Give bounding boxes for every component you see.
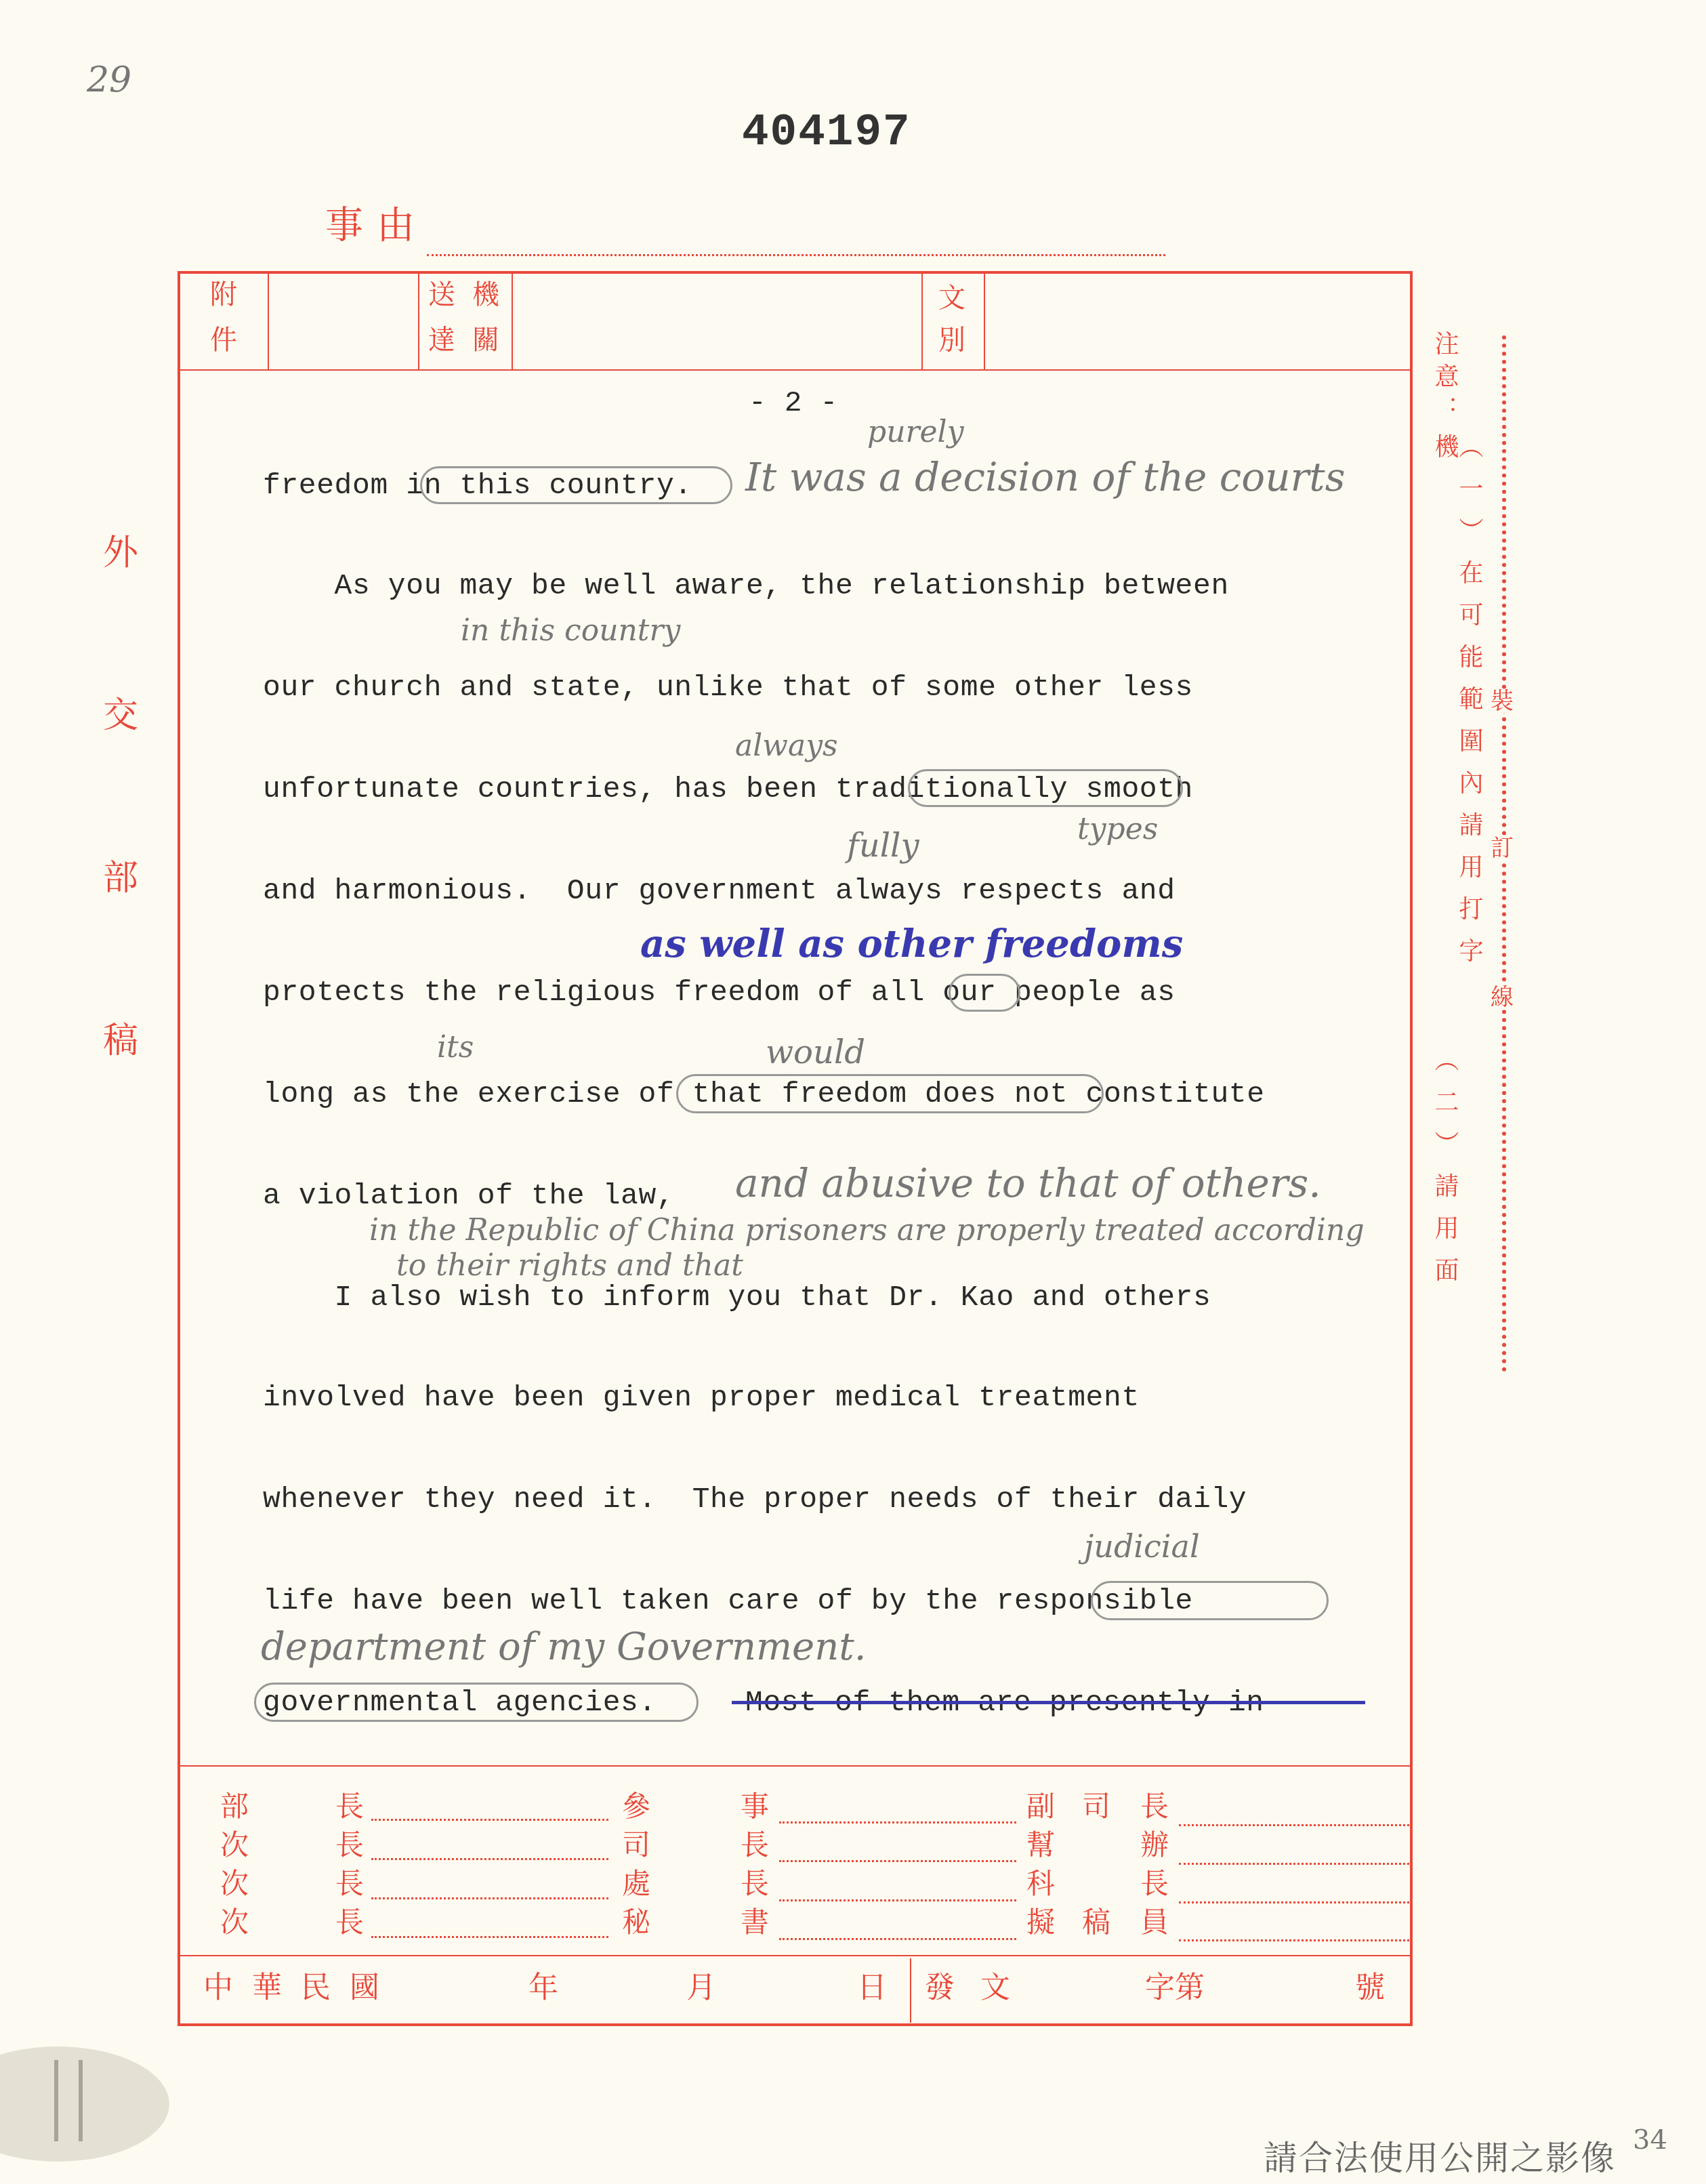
annotation-court-decision: It was a decision of the courts	[745, 454, 1345, 500]
annotation-would: would	[766, 1033, 865, 1071]
binding-label-3: 線	[1491, 986, 1514, 1009]
sig-label: 員	[1140, 1903, 1169, 1941]
sig-label	[1082, 1864, 1110, 1903]
sig-label: 長	[741, 1864, 769, 1903]
sig-label: 次	[220, 1864, 249, 1903]
annotation-republic-of-china: in the Republic of China prisoners are p…	[369, 1213, 1365, 1248]
sig-line-assistant[interactable]	[1179, 1863, 1409, 1865]
header-col-line	[921, 274, 923, 369]
letter-line-9: I also wish to inform you that Dr. Kao a…	[263, 1281, 1211, 1314]
sig-label: 長	[335, 1864, 364, 1903]
page-marker: - 2 -	[749, 386, 838, 419]
sig-label: 長	[1140, 1864, 1169, 1903]
annotation-department: department of my Government.	[261, 1625, 867, 1669]
sig-label: 長	[741, 1826, 769, 1864]
sig-line-minister[interactable]	[371, 1819, 608, 1821]
note-2: （二）請用面	[1432, 1047, 1457, 1299]
date-year: 年	[528, 1973, 558, 2003]
sig-label: 司	[1082, 1787, 1110, 1826]
pencil-circle	[676, 1074, 1104, 1113]
doctype-label-2: 別	[938, 327, 965, 354]
folio-number: 29	[87, 60, 131, 100]
sig-label: 司	[622, 1826, 650, 1864]
sig-line-vice-1[interactable]	[371, 1858, 608, 1860]
sig-label: 稿	[1082, 1903, 1110, 1941]
annotation-abusive: and abusive to that of others.	[735, 1160, 1321, 1206]
stamp-number: 404197	[742, 107, 911, 158]
pencil-circle	[1091, 1581, 1329, 1620]
sig-label: 擬	[1026, 1903, 1055, 1941]
send-label-1: 送	[428, 281, 455, 308]
letter-line-10: involved have been given proper medical …	[263, 1381, 1140, 1414]
sig-line-vice-3[interactable]	[371, 1936, 608, 1938]
sig-line-drafter[interactable]	[1179, 1939, 1409, 1941]
annotation-types: types	[1077, 812, 1158, 846]
annotation-rights: to their rights and that	[396, 1248, 743, 1283]
attachment-field[interactable]	[271, 278, 415, 366]
form-frame	[178, 271, 1413, 2026]
sig-line-vice-2[interactable]	[371, 1897, 608, 1899]
pencil-circle	[908, 769, 1183, 807]
sig-label: 長	[1140, 1787, 1169, 1826]
sig-label: 參	[622, 1787, 650, 1826]
date-col-line	[910, 1958, 911, 2023]
sig-label: 長	[335, 1787, 364, 1826]
sig-col1-label-b: 長 長 長 長	[335, 1787, 364, 1941]
agency-label-2: 關	[472, 327, 499, 354]
date-divider	[180, 1955, 1410, 1956]
signature-divider	[180, 1765, 1410, 1767]
sig-label: 處	[622, 1864, 650, 1903]
sig-label: 次	[220, 1826, 249, 1864]
letter-line-6: protects the religious freedom of all ou…	[263, 976, 1176, 1009]
sig-label: 事	[741, 1787, 769, 1826]
sig-col2-label-b: 事 長 長 書	[741, 1787, 769, 1941]
sig-col3-label-c: 長 辦 長 員	[1140, 1787, 1169, 1941]
letter-line-11: whenever they need it. The proper needs …	[263, 1483, 1247, 1516]
usage-watermark: 請合法使用公開之影像	[1264, 2141, 1616, 2175]
sig-line-counselor[interactable]	[779, 1821, 1016, 1824]
date-month: 月	[686, 1973, 716, 2003]
sig-label: 科	[1026, 1864, 1055, 1903]
sig-label: 副	[1026, 1787, 1055, 1826]
annotation-fully: fully	[847, 827, 919, 865]
sig-label: 幫	[1026, 1826, 1055, 1864]
date-era: 中華民國	[203, 1973, 398, 2003]
sig-col2-label-a: 參 司 處 秘	[622, 1787, 650, 1941]
archive-logo-icon	[0, 2046, 169, 2162]
sig-label: 秘	[622, 1903, 650, 1941]
doctype-label-1: 文	[938, 285, 965, 312]
sig-line-section-chief[interactable]	[1179, 1901, 1409, 1903]
doctype-field[interactable]	[987, 278, 1407, 366]
letter-line-12: life have been well taken care of by the…	[263, 1584, 1193, 1618]
note-1: （一）在可能範圍內請用打字機	[1432, 434, 1481, 1003]
header-col-line	[268, 274, 269, 369]
side-title-4: 稿	[103, 1023, 138, 1058]
sig-col3-label-b: 司 稿	[1082, 1787, 1110, 1941]
sig-line-secretary[interactable]	[779, 1938, 1016, 1940]
sig-label: 長	[335, 1826, 364, 1864]
sig-col1-label-a: 部 次 次 次	[220, 1787, 249, 1941]
binding-label-2: 訂	[1491, 837, 1514, 860]
subject-line	[427, 254, 1165, 256]
attachment-label-1: 附	[210, 281, 237, 308]
sig-label: 次	[220, 1903, 249, 1941]
letter-line-2: As you may be well aware, the relationsh…	[263, 569, 1229, 602]
send-label-2: 達	[428, 327, 455, 354]
header-col-line	[418, 274, 419, 369]
date-day: 日	[857, 1973, 887, 2003]
pencil-circle	[254, 1683, 699, 1722]
blue-strikethrough	[732, 1701, 1365, 1704]
side-title-2: 交	[103, 698, 138, 733]
header-col-line	[984, 274, 985, 369]
binding-label-1: 裝	[1491, 690, 1514, 713]
header-col-line	[512, 274, 513, 369]
word-label: 字第	[1145, 1973, 1205, 2003]
letter-line-8: a violation of the law,	[263, 1179, 674, 1212]
page-number-handwritten: 34	[1633, 2124, 1667, 2156]
letter-line-3: our church and state, unlike that of som…	[263, 671, 1193, 704]
sig-line-deputy-director[interactable]	[1179, 1824, 1409, 1826]
side-title-3: 部	[103, 861, 138, 896]
annotation-purely: purely	[867, 415, 964, 449]
pencil-circle	[949, 974, 1020, 1012]
sig-line-director[interactable]	[779, 1860, 1016, 1862]
agency-field[interactable]	[515, 278, 918, 366]
sig-label: 書	[741, 1903, 769, 1941]
sig-col3-label-a: 副 幫 科 擬	[1026, 1787, 1055, 1941]
pencil-circle	[420, 466, 732, 504]
annotation-in-this-country: in this country	[461, 613, 680, 648]
sig-label: 長	[335, 1903, 364, 1941]
header-divider	[180, 369, 1410, 371]
letter-line-5: and harmonious. Our government always re…	[263, 874, 1176, 907]
annotation-always: always	[735, 728, 838, 763]
agency-label-1: 機	[472, 281, 499, 308]
annotation-its: its	[437, 1030, 474, 1065]
note-title: 注意：	[1432, 331, 1457, 428]
sig-label: 部	[220, 1787, 249, 1826]
attachment-label-2: 件	[210, 327, 237, 354]
side-title-1: 外	[103, 535, 138, 571]
annotation-as-well-as-other-freedoms: as well as other freedoms	[640, 922, 1183, 966]
annotation-judicial: judicial	[1084, 1528, 1200, 1565]
sig-label: 辦	[1140, 1826, 1169, 1864]
issue-label: 發文	[925, 1973, 1036, 2003]
number-label: 號	[1355, 1973, 1385, 2003]
sig-line-division-chief[interactable]	[779, 1899, 1016, 1901]
sig-label	[1082, 1826, 1110, 1864]
subject-label: 事由	[325, 207, 428, 245]
